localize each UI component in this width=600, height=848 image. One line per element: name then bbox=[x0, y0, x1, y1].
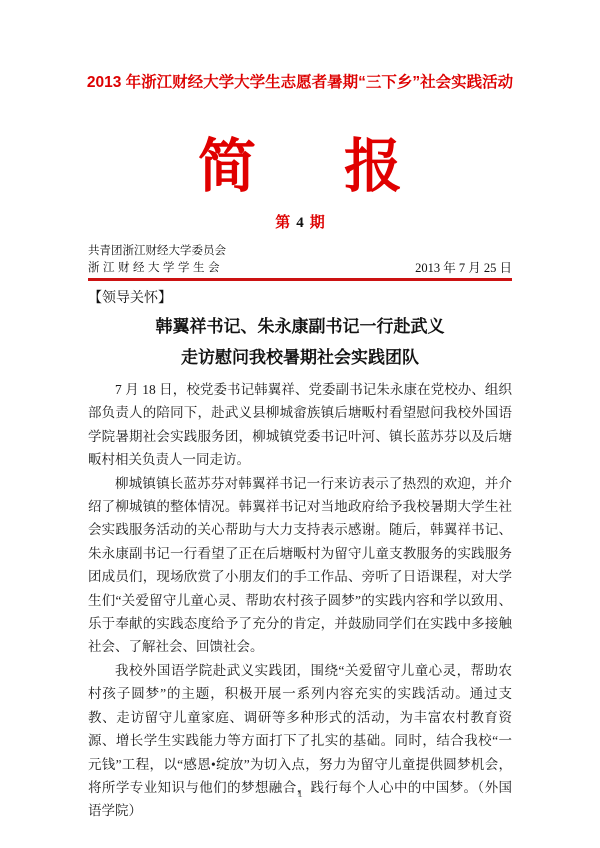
issue-line: 第4期 bbox=[0, 214, 600, 233]
document-page: 2013 年浙江财经大学大学生志愿者暑期“三下乡”社会实践活动 简报 第4期 共… bbox=[0, 0, 600, 848]
body-paragraph-2: 柳城镇镇长蓝苏芬对韩翼祥书记一行来访表示了热烈的欢迎，并介绍了柳城镇的整体情况。… bbox=[88, 472, 512, 659]
issue-number: 4 bbox=[296, 215, 304, 231]
section-label: 【领导关怀】 bbox=[88, 290, 512, 308]
publisher-block: 共青团浙江财经大学委员会 浙江财经大学学生会 2013 年 7 月 25 日 bbox=[88, 243, 512, 277]
org-line-2: 浙江财经大学学生会 bbox=[88, 260, 226, 277]
issue-date: 2013 年 7 月 25 日 bbox=[415, 260, 512, 277]
issue-suffix: 期 bbox=[310, 215, 325, 231]
page-number: 1 bbox=[0, 788, 600, 800]
publisher-orgs: 共青团浙江财经大学委员会 浙江财经大学学生会 bbox=[88, 243, 226, 277]
issue-prefix: 第 bbox=[275, 215, 290, 231]
org-line-1: 共青团浙江财经大学委员会 bbox=[88, 243, 226, 260]
divider-rule bbox=[88, 278, 512, 281]
masthead-title: 简报 bbox=[0, 132, 600, 202]
article-headline: 韩翼祥书记、朱永康副书记一行赴武义 走访慰问我校暑期社会实践团队 bbox=[88, 311, 512, 373]
headline-line-1: 韩翼祥书记、朱永康副书记一行赴武义 bbox=[88, 311, 512, 342]
article-body: 7 月 18 日，校党委书记韩翼祥、党委副书记朱永康在党校办、组织部负责人的陪同… bbox=[88, 378, 512, 823]
headline-line-2: 走访慰问我校暑期社会实践团队 bbox=[88, 342, 512, 373]
activity-title: 2013 年浙江财经大学大学生志愿者暑期“三下乡”社会实践活动 bbox=[0, 72, 600, 94]
body-paragraph-1: 7 月 18 日，校党委书记韩翼祥、党委副书记朱永康在党校办、组织部负责人的陪同… bbox=[88, 378, 512, 472]
